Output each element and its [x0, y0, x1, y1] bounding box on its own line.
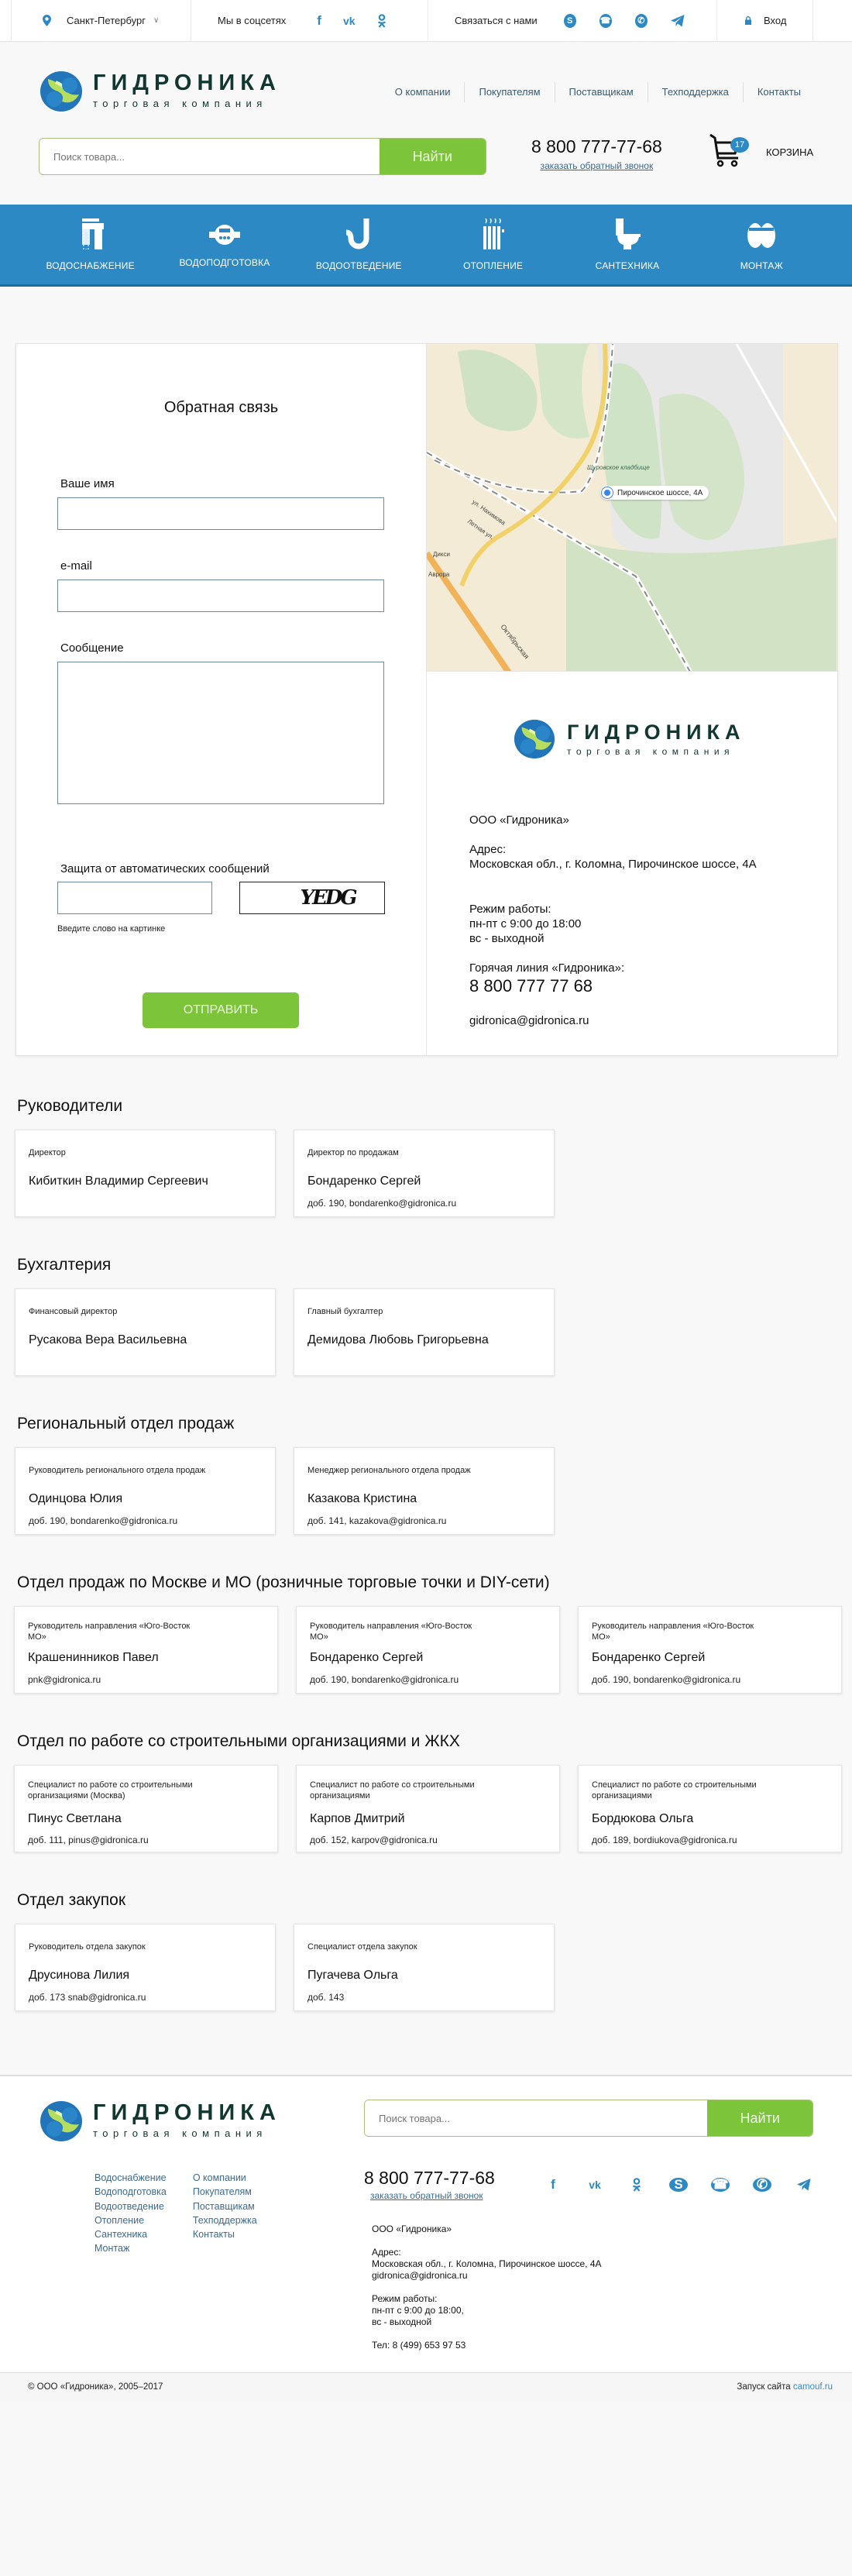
skype-icon[interactable]: S — [669, 2178, 688, 2192]
address: Московская обл., г. Коломна, Пирочинское… — [469, 857, 757, 872]
footer-company-name: ООО «Гидроника» — [372, 2223, 602, 2235]
studio-credit: Запуск сайта camouf.ru — [737, 2382, 833, 2392]
feedback-form: Обратная связь Ваше имя e-mail Сообщение… — [16, 344, 427, 1055]
department-title: Отдел продаж по Москве и МО (розничные т… — [17, 1573, 852, 1592]
header-phone: 8 800 777-77-68 заказать обратный звонок — [531, 136, 662, 171]
employee-card: Главный бухгалтерДемидова Любовь Григорь… — [294, 1288, 555, 1376]
telegram-icon[interactable] — [795, 2179, 813, 2191]
footer-social-icons: f vk S ☎ ✆ — [544, 2177, 813, 2193]
map-marker[interactable]: Пирочинское шоссе, 4А — [600, 486, 709, 500]
name-label: Ваше имя — [60, 477, 115, 490]
viber-icon[interactable]: ☎ — [711, 2178, 730, 2192]
login-label: Вход — [764, 15, 786, 26]
name-field[interactable] — [57, 497, 384, 530]
employee-card: Руководитель отдела закупокДрусинова Лил… — [15, 1924, 276, 2011]
logo-mark-icon — [39, 68, 84, 113]
employee-contact: доб. 190, bondarenko@gidronica.ru — [307, 1198, 456, 1209]
radiator-icon — [482, 218, 505, 249]
employee-name: Русакова Вера Васильевна — [29, 1333, 187, 1347]
footer-hours-weekdays: пн-пт с 9:00 до 18:00, — [372, 2305, 602, 2316]
employee-card: Руководитель направления «Юго-Восток МО»… — [14, 1606, 278, 1694]
nav-buyers[interactable]: Покупателям — [464, 82, 554, 102]
footer-link[interactable]: Водоподготовка — [94, 2185, 167, 2199]
info-logo: ГИДРОНИКА торговая компания — [513, 717, 745, 762]
department-title: Региональный отдел продаж — [17, 1415, 852, 1433]
footer-link[interactable]: О компании — [193, 2171, 257, 2185]
callback-link[interactable]: заказать обратный звонок — [531, 160, 662, 171]
footer-tel: Тел: 8 (499) 653 97 53 — [372, 2340, 602, 2351]
employee-contact: доб. 111, pinus@gidronica.ru — [28, 1835, 149, 1845]
footer-link[interactable]: Контакты — [193, 2227, 257, 2241]
employee-contact: доб. 190, bondarenko@gidronica.ru — [310, 1674, 459, 1685]
employee-role: Руководитель направления «Юго-Восток МО» — [592, 1621, 770, 1642]
footer-link[interactable]: Водоснабжение — [94, 2171, 167, 2185]
logo-subtitle: торговая компания — [567, 746, 745, 757]
search-button[interactable]: Найти — [380, 139, 486, 174]
city-selector[interactable]: Санкт-Петербург ∨ — [11, 0, 191, 41]
employee-role: Руководитель отдела закупок — [29, 1941, 262, 1952]
facebook-icon[interactable]: f — [317, 13, 321, 29]
employee-role: Специалист отдела закупок — [307, 1941, 541, 1952]
employee-card: ДиректорКибиткин Владимир Сергеевич — [15, 1130, 276, 1217]
footer-link[interactable]: Монтаж — [94, 2241, 167, 2255]
nav-support[interactable]: Техподдержка — [648, 82, 743, 102]
svg-text:Щуровское кладбище: Щуровское кладбище — [587, 464, 650, 471]
message-field[interactable] — [57, 662, 384, 804]
department-section: Отдел по работе со строительными организ… — [17, 1732, 852, 1852]
footer-email[interactable]: gidronica@gidronica.ru — [372, 2270, 602, 2282]
footer-link[interactable]: Отопление — [94, 2213, 167, 2227]
employee-name: Пугачева Ольга — [307, 1969, 398, 1983]
studio-label: Запуск сайта — [737, 2382, 790, 2392]
top-bar: Санкт-Петербург ∨ Мы в соцсетях f vk Свя… — [0, 0, 852, 42]
messenger-links: Связаться с нами S ☎ ✆ — [428, 0, 716, 41]
department-title: Бухгалтерия — [17, 1256, 852, 1274]
footer-link[interactable]: Техподдержка — [193, 2213, 257, 2227]
cart-count-badge: 17 — [730, 137, 749, 153]
footer-link[interactable]: Поставщикам — [193, 2199, 257, 2213]
message-label: Сообщение — [60, 641, 124, 655]
employee-role: Специалист по работе со строительными ор… — [592, 1780, 770, 1801]
form-title: Обратная связь — [16, 399, 426, 417]
employee-name: Крашенинников Павел — [28, 1651, 159, 1665]
footer-search-button[interactable]: Найти — [707, 2100, 812, 2136]
employee-contact: доб. 190, bondarenko@gidronica.ru — [592, 1674, 740, 1685]
footer-phone: 8 800 777-77-68 заказать обратный звонок — [364, 2168, 495, 2201]
employee-contact: доб. 190, bondarenko@gidronica.ru — [29, 1515, 177, 1526]
viber-icon[interactable]: ☎ — [599, 14, 612, 28]
company-name: ООО «Гидроника» — [469, 813, 569, 827]
logo-subtitle: торговая компания — [93, 98, 281, 109]
location-marker-icon — [602, 487, 613, 498]
svg-text:Дикси: Дикси — [433, 551, 450, 558]
footer-info-links: О компании Покупателям Поставщикам Техпо… — [193, 2171, 257, 2256]
address-label: Адрес: — [469, 842, 506, 857]
siphon-icon — [345, 218, 373, 249]
category-label: ВОДООТВЕДЕНИЕ — [316, 260, 402, 271]
vk-icon[interactable]: vk — [343, 15, 356, 27]
map[interactable]: Щуровское кладбище ул. Нахимова Летная у… — [427, 344, 837, 672]
nav-contacts[interactable]: Контакты — [743, 82, 815, 102]
footer-link[interactable]: Покупателям — [193, 2185, 257, 2199]
employee-card: Финансовый директорРусакова Вера Василье… — [15, 1288, 276, 1376]
employee-contact: доб. 173 snab@gidronica.ru — [29, 1992, 146, 2003]
header-search: Найти — [39, 138, 486, 175]
vk-icon[interactable]: vk — [586, 2179, 604, 2191]
company-info-panel: Щуровское кладбище ул. Нахимова Летная у… — [427, 344, 837, 1055]
footer-company-info: ООО «Гидроника» Адрес: Московская обл., … — [372, 2223, 602, 2351]
captcha-input[interactable] — [57, 882, 212, 914]
footer-link[interactable]: Водоотведение — [94, 2199, 167, 2213]
department-section: БухгалтерияФинансовый директорРусакова В… — [17, 1256, 852, 1376]
employee-card: Специалист по работе со строительными ор… — [296, 1765, 560, 1852]
category-nav: ВОДОСНАБЖЕНИЕ ВОДОПОДГОТОВКА ВОДООТВЕДЕН… — [0, 205, 852, 287]
employee-card: Руководитель направления «Юго-Восток МО»… — [578, 1606, 842, 1694]
map-marker-label: Пирочинское шоссе, 4А — [617, 489, 703, 497]
cart-label: КОРЗИНА — [766, 146, 813, 158]
category-label: САНТЕХНИКА — [596, 260, 660, 271]
category-label: ВОДОСНАБЖЕНИЕ — [46, 260, 134, 271]
logo-subtitle: торговая компания — [93, 2127, 281, 2139]
captcha-hint: Введите слово на картинке — [57, 924, 165, 934]
department-title: Руководители — [17, 1097, 852, 1116]
category-label: ОТОПЛЕНИЕ — [463, 260, 523, 271]
logo-title: ГИДРОНИКА — [93, 72, 281, 95]
employee-name: Пинус Светлана — [28, 1812, 122, 1826]
main-nav: О компании Покупателям Поставщикам Техпо… — [381, 82, 815, 102]
whatsapp-icon[interactable]: ✆ — [753, 2178, 771, 2192]
email-field[interactable] — [57, 580, 384, 612]
employee-role: Руководитель регионального отдела продаж — [29, 1465, 262, 1476]
employee-card: Специалист отдела закупокПугачева Ольгад… — [294, 1924, 555, 2011]
lock-icon — [745, 16, 751, 25]
toilet-icon — [614, 218, 641, 249]
employee-name: Бордюкова Ольга — [592, 1812, 693, 1826]
employee-contact: доб. 189, bordiukova@gidronica.ru — [592, 1835, 737, 1845]
category-label: ВОДОПОДГОТОВКА — [179, 257, 270, 268]
footer-link[interactable]: Сантехника — [94, 2227, 167, 2241]
odnoklassniki-icon[interactable] — [377, 14, 386, 28]
department-section: Отдел закупокРуководитель отдела закупок… — [17, 1891, 852, 2011]
captcha-image: YEDG — [239, 882, 385, 914]
social-label: Мы в соцсетях — [218, 15, 286, 26]
site-header: ГИДРОНИКА торговая компания О компании П… — [0, 42, 852, 205]
employee-role: Главный бухгалтер — [307, 1306, 541, 1317]
cart-button[interactable]: 17 КОРЗИНА — [709, 133, 813, 171]
hotline-phone[interactable]: 8 800 777 77 68 — [469, 976, 593, 996]
logo-mark-icon — [39, 2098, 84, 2143]
employee-name: Бондаренко Сергей — [307, 1175, 421, 1188]
employee-contact: pnk@gidronica.ru — [28, 1674, 101, 1685]
employee-name: Кибиткин Владимир Сергеевич — [29, 1175, 208, 1188]
footer-search-input[interactable] — [365, 2100, 707, 2136]
employee-role: Директор по продажам — [307, 1147, 541, 1158]
footer-callback-link[interactable]: заказать обратный звонок — [370, 2190, 495, 2201]
category-water-treatment[interactable]: ВОДОПОДГОТОВКА — [167, 205, 283, 284]
employee-name: Одинцова Юлия — [29, 1492, 122, 1506]
submit-button[interactable]: ОТПРАВИТЬ — [143, 992, 299, 1028]
contact-block: Обратная связь Ваше имя e-mail Сообщение… — [15, 343, 838, 1056]
department-section: РуководителиДиректорКибиткин Владимир Се… — [17, 1097, 852, 1217]
water-meter-icon — [209, 223, 240, 246]
search-input[interactable] — [40, 139, 380, 174]
employee-card: Руководитель направления «Юго-Восток МО»… — [296, 1606, 560, 1694]
login-link[interactable]: Вход — [716, 0, 813, 41]
employee-card: Специалист по работе со строительными ор… — [14, 1765, 278, 1852]
footer-catalog-links: Водоснабжение Водоподготовка Водоотведен… — [94, 2171, 167, 2256]
employee-card: Руководитель регионального отдела продаж… — [15, 1447, 276, 1535]
employee-name: Бондаренко Сергей — [592, 1651, 705, 1665]
logo-title: ГИДРОНИКА — [93, 2102, 281, 2124]
city-name: Санкт-Петербург — [67, 15, 146, 26]
category-water-supply[interactable]: ВОДОСНАБЖЕНИЕ — [33, 205, 149, 284]
email-label: e-mail — [60, 559, 92, 573]
employee-role: Руководитель направления «Юго-Восток МО» — [28, 1621, 206, 1642]
logo[interactable]: ГИДРОНИКА торговая компания — [39, 68, 281, 113]
employee-role: Специалист по работе со строительными ор… — [310, 1780, 488, 1801]
category-drainage[interactable]: ВОДООТВЕДЕНИЕ — [301, 205, 417, 284]
employee-role: Руководитель направления «Юго-Восток МО» — [310, 1621, 488, 1642]
fittings-icon — [746, 218, 777, 249]
nav-suppliers[interactable]: Поставщикам — [555, 82, 648, 102]
footer-search: Найти — [364, 2100, 813, 2137]
employee-name: Бондаренко Сергей — [310, 1651, 423, 1665]
company-email[interactable]: gidronica@gidronica.ru — [469, 1013, 589, 1028]
employee-card: Специалист по работе со строительными ор… — [578, 1765, 842, 1852]
category-heating[interactable]: ОТОПЛЕНИЕ — [435, 205, 551, 284]
footer-phone-number[interactable]: 8 800 777-77-68 — [364, 2168, 495, 2189]
footer-address: Московская обл., г. Коломна, Пирочинское… — [372, 2258, 602, 2270]
hours-weekdays: пн-пт с 9:00 до 18:00 — [469, 917, 581, 931]
location-pin-icon — [43, 15, 51, 26]
employee-role: Директор — [29, 1147, 262, 1158]
employee-role: Специалист по работе со строительными ор… — [28, 1780, 206, 1801]
chevron-down-icon: ∨ — [153, 16, 159, 25]
social-links: Мы в соцсетях f vk — [191, 0, 428, 41]
svg-text:Аврора: Аврора — [428, 571, 450, 578]
category-plumbing[interactable]: САНТЕХНИКА — [569, 205, 685, 284]
department-section: Отдел продаж по Москве и МО (розничные т… — [17, 1573, 852, 1694]
captcha-label: Защита от автоматических сообщений — [60, 862, 270, 875]
skype-icon[interactable]: S — [564, 14, 576, 28]
employee-name: Друсинова Лилия — [29, 1969, 129, 1983]
employee-name: Демидова Любовь Григорьевна — [307, 1333, 489, 1347]
employee-name: Казакова Кристина — [307, 1492, 417, 1506]
footer-hours-label: Режим работы: — [372, 2293, 602, 2305]
footer-address-label: Адрес: — [372, 2247, 602, 2258]
employee-contact: доб. 143 — [307, 1992, 344, 2003]
site-footer: ГИДРОНИКА торговая компания Водоснабжени… — [0, 2075, 852, 2372]
phone-number[interactable]: 8 800 777-77-68 — [531, 136, 662, 157]
department-title: Отдел закупок — [17, 1891, 852, 1910]
employee-name: Карпов Дмитрий — [310, 1812, 405, 1826]
hours-weekend: вс - выходной — [469, 931, 544, 946]
hours-label: Режим работы: — [469, 902, 551, 917]
department-section: Региональный отдел продажРуководитель ре… — [17, 1415, 852, 1535]
employee-card: Менеджер регионального отдела продажКаза… — [294, 1447, 555, 1535]
logo-title: ГИДРОНИКА — [567, 722, 745, 743]
department-title: Отдел по работе со строительными организ… — [17, 1732, 852, 1751]
logo-mark-icon — [513, 717, 558, 762]
employee-card: Директор по продажамБондаренко Сергейдоб… — [294, 1130, 555, 1217]
map-canvas: Щуровское кладбище ул. Нахимова Летная у… — [427, 344, 837, 672]
category-installation[interactable]: МОНТАЖ — [703, 205, 819, 284]
category-label: МОНТАЖ — [740, 260, 783, 271]
bottom-bar: © ООО «Гидроника», 2005–2017 Запуск сайт… — [0, 2372, 852, 2400]
departments: РуководителиДиректорКибиткин Владимир Се… — [0, 1097, 852, 2011]
facebook-icon[interactable]: f — [544, 2177, 562, 2193]
footer-logo[interactable]: ГИДРОНИКА торговая компания — [39, 2098, 281, 2143]
whatsapp-icon[interactable]: ✆ — [635, 14, 648, 28]
employee-role: Финансовый директор — [29, 1306, 262, 1317]
footer-hours-weekend: вс - выходной — [372, 2316, 602, 2328]
contact-label: Связаться с нами — [455, 15, 538, 26]
faucet-icon — [77, 218, 104, 249]
studio-link[interactable]: camouf.ru — [793, 2382, 833, 2392]
copyright: © ООО «Гидроника», 2005–2017 — [28, 2382, 163, 2392]
employee-contact: доб. 141, kazakova@gidronica.ru — [307, 1515, 446, 1526]
hotline-label: Горячая линия «Гидроника»: — [469, 961, 624, 975]
nav-about[interactable]: О компании — [381, 82, 465, 102]
telegram-icon[interactable] — [671, 15, 685, 27]
odnoklassniki-icon[interactable] — [627, 2178, 646, 2192]
employee-contact: доб. 152, karpov@gidronica.ru — [310, 1835, 438, 1845]
employee-role: Менеджер регионального отдела продаж — [307, 1465, 541, 1476]
